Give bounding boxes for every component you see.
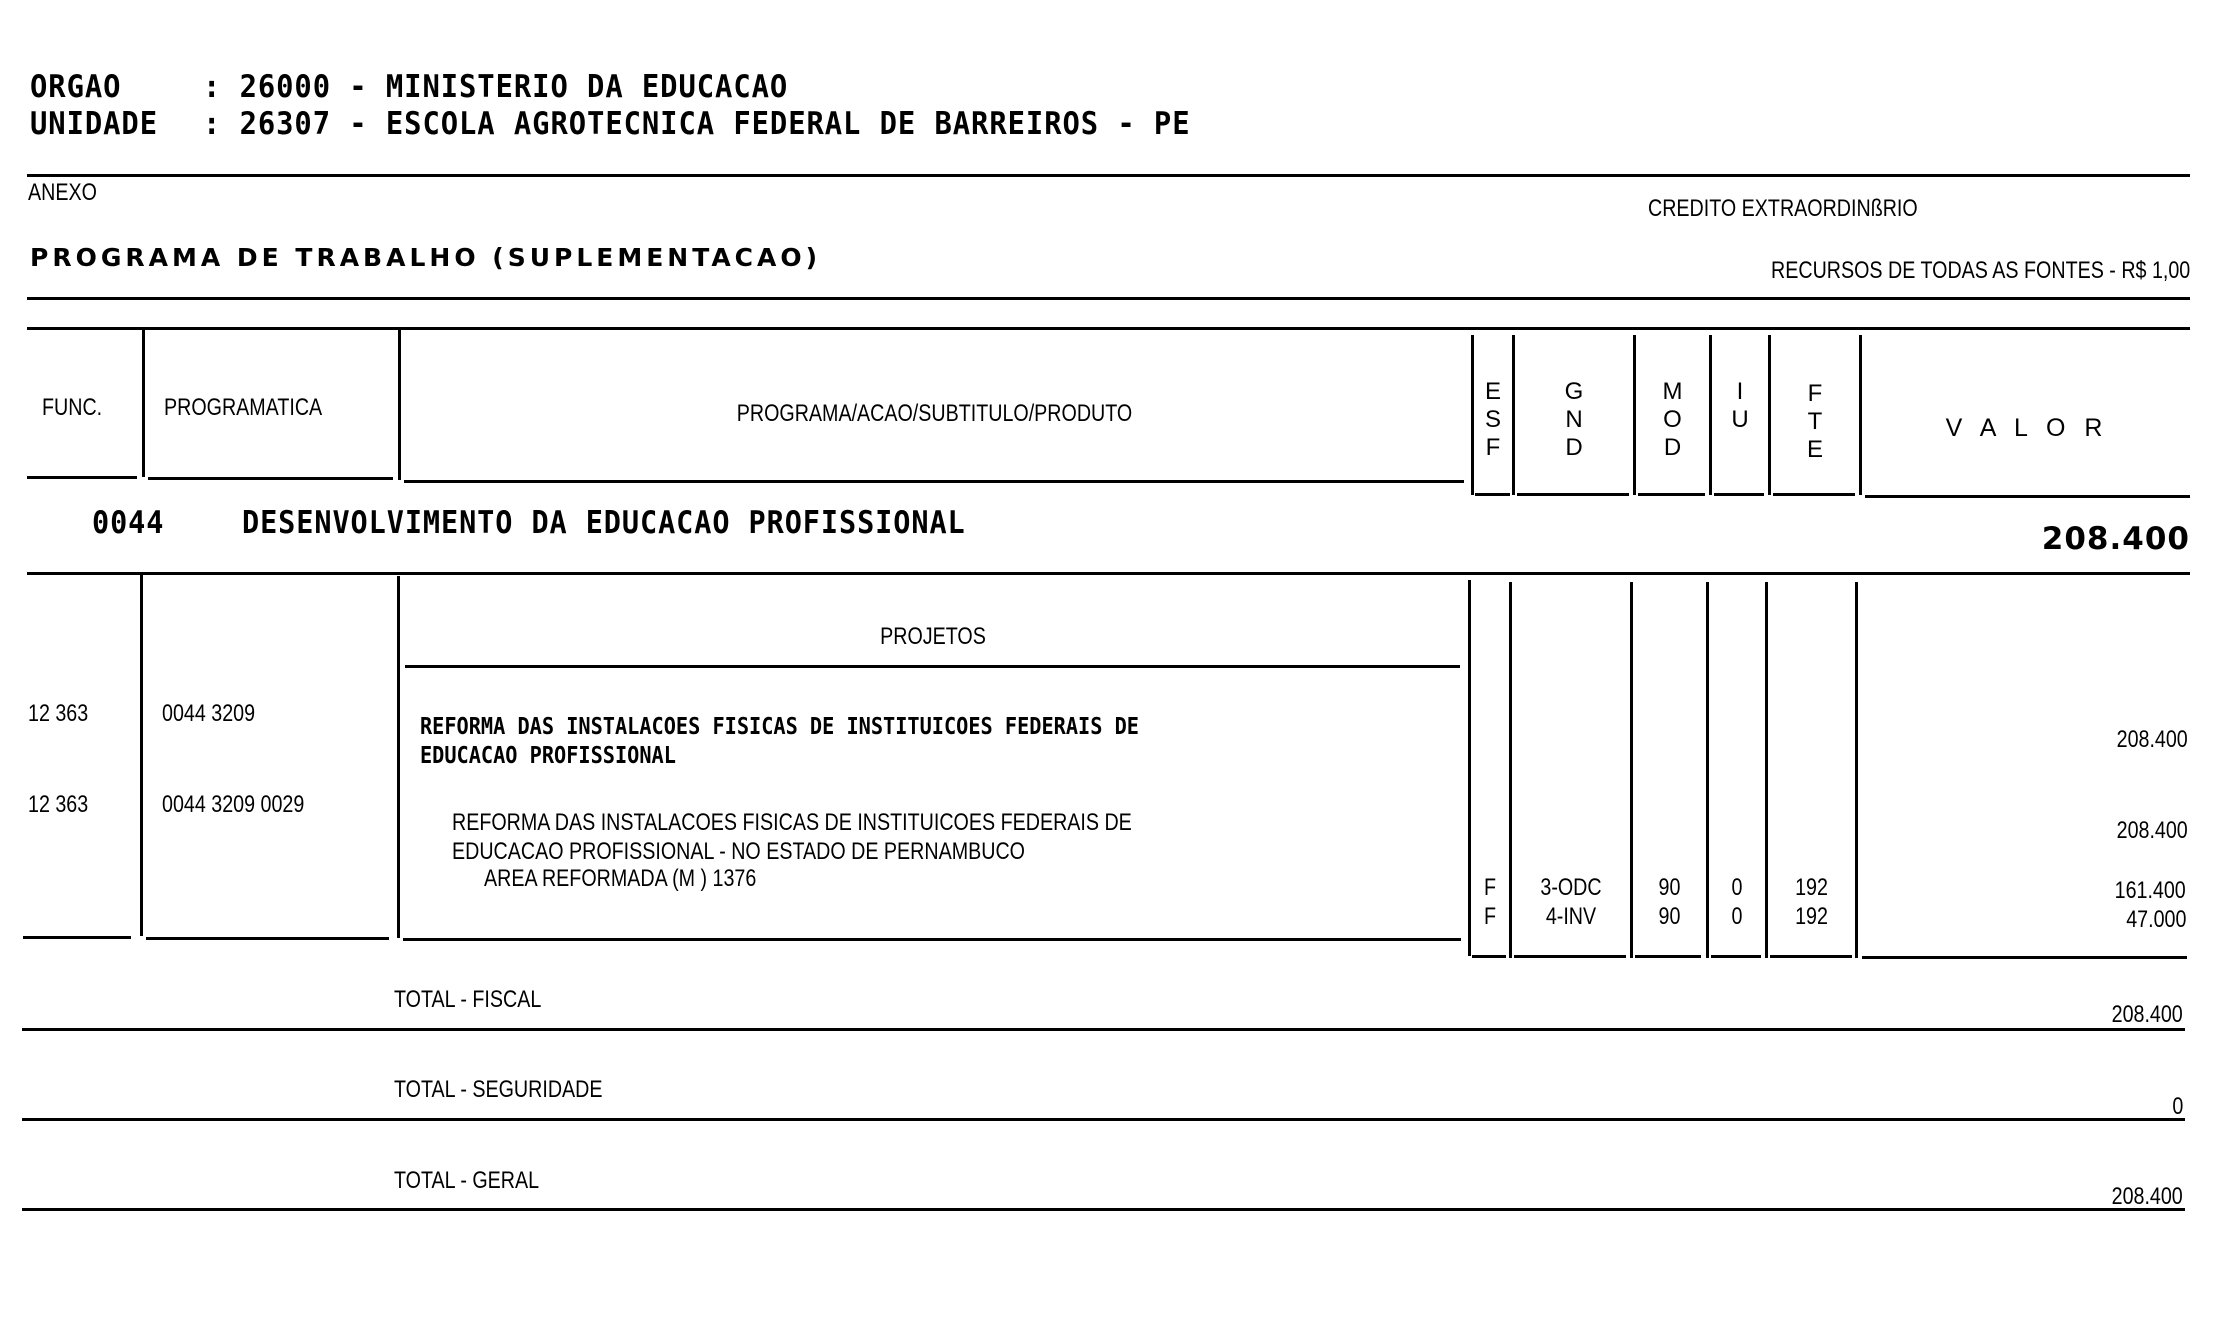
- detail-valor: 47.000: [2126, 908, 2186, 932]
- row-valor: 208.400: [2117, 728, 2188, 752]
- row-func: 12 363: [28, 793, 88, 817]
- section-underline: [405, 665, 1460, 668]
- col-divider: [1630, 582, 1633, 958]
- table-header-bottom: [1714, 493, 1764, 496]
- detail-mod: 90: [1640, 905, 1700, 929]
- orgao-label: ORGAO: [30, 72, 121, 103]
- col-divider: [1859, 335, 1862, 495]
- col-divider: [1855, 582, 1858, 958]
- orgao-value: : 26000 - MINISTERIO DA EDUCACAO: [203, 72, 788, 103]
- col-header-esf: ESF: [1474, 380, 1512, 460]
- row-programatica: 0044 3209: [162, 702, 255, 726]
- programa-name: DESENVOLVIMENTO DA EDUCACAO PROFISSIONAL: [242, 508, 966, 539]
- table-body-top: [27, 572, 2190, 575]
- col-divider: [142, 327, 145, 477]
- total-divider: [22, 1028, 2185, 1031]
- detail-gnd: 4-INV: [1523, 905, 1620, 929]
- anexo-label: ANEXO: [28, 181, 97, 205]
- table-header-bottom: [404, 480, 1464, 483]
- total-label: TOTAL - FISCAL: [394, 988, 541, 1012]
- col-header-func: FUNC.: [42, 396, 102, 420]
- table-header-top: [27, 327, 2190, 330]
- col-divider: [1468, 580, 1471, 956]
- table-header-bottom: [1517, 493, 1629, 496]
- col-divider: [140, 574, 143, 936]
- table-header-bottom: [1773, 493, 1855, 496]
- table-body-bottom: [23, 936, 131, 939]
- row-descricao-line: EDUCACAO PROFISSIONAL - NO ESTADO DE PER…: [452, 840, 1025, 864]
- col-header-fte: FTE: [1771, 382, 1859, 462]
- table-header-bottom: [148, 477, 393, 480]
- row-descricao-line: REFORMA DAS INSTALACOES FISICAS DE INSTI…: [420, 716, 1139, 739]
- total-valor: 208.400: [2112, 1185, 2183, 1209]
- table-body-bottom: [1862, 956, 2187, 959]
- total-label: TOTAL - GERAL: [394, 1169, 539, 1193]
- divider-title: [27, 297, 2190, 300]
- total-valor: 0: [2172, 1095, 2183, 1119]
- col-divider: [1509, 582, 1512, 958]
- unidade-value: : 26307 - ESCOLA AGROTECNICA FEDERAL DE …: [203, 109, 1191, 140]
- detail-fte: 192: [1776, 876, 1847, 900]
- row-func: 12 363: [28, 702, 88, 726]
- detail-mod: 90: [1640, 876, 1700, 900]
- credito-label: CREDITO EXTRAORDINßRIO: [1648, 197, 1918, 221]
- divider-top: [27, 174, 2190, 177]
- total-valor: 208.400: [2112, 1003, 2183, 1027]
- col-divider: [398, 330, 401, 480]
- detail-esf: F: [1474, 876, 1505, 900]
- detail-esf: F: [1474, 905, 1505, 929]
- total-divider: [22, 1208, 2185, 1211]
- row-produto: AREA REFORMADA (M ) 1376: [484, 867, 756, 891]
- row-descricao-line: REFORMA DAS INSTALACOES FISICAS DE INSTI…: [452, 811, 1132, 835]
- detail-valor: 161.400: [2115, 879, 2186, 903]
- unidade-label: UNIDADE: [30, 109, 158, 140]
- table-header-bottom: [1638, 493, 1705, 496]
- table-body-bottom: [146, 937, 389, 940]
- table-body-bottom: [403, 938, 1461, 941]
- detail-iu: 0: [1714, 876, 1760, 900]
- document-title: PROGRAMA DE TRABALHO (SUPLEMENTACAO): [30, 245, 821, 270]
- detail-gnd: 3-ODC: [1523, 876, 1620, 900]
- col-divider: [397, 576, 400, 938]
- table-header-bottom: [1475, 493, 1510, 496]
- recursos-label: RECURSOS DE TODAS AS FONTES - R$ 1,00: [1771, 259, 2190, 283]
- col-header-valor: V A L O R: [1862, 416, 2192, 441]
- table-header-bottom: [1865, 495, 2190, 498]
- table-body-bottom: [1514, 955, 1626, 958]
- detail-fte: 192: [1776, 905, 1847, 929]
- table-header-bottom: [27, 476, 137, 479]
- col-header-programatica: PROGRAMATICA: [164, 396, 322, 420]
- table-body-bottom: [1711, 955, 1761, 958]
- col-header-iu: IU: [1712, 380, 1768, 432]
- col-header-descricao: PROGRAMA/ACAO/SUBTITULO/PRODUTO: [495, 402, 1375, 426]
- total-label: TOTAL - SEGURIDADE: [394, 1078, 602, 1102]
- col-divider: [1706, 582, 1709, 958]
- total-divider: [22, 1118, 2185, 1121]
- table-body-bottom: [1472, 955, 1506, 958]
- programa-code: 0044: [92, 508, 164, 539]
- col-divider: [1765, 582, 1768, 958]
- row-programatica: 0044 3209 0029: [162, 793, 304, 817]
- detail-iu: 0: [1714, 905, 1760, 929]
- col-header-mod: MOD: [1636, 380, 1709, 460]
- table-body-bottom: [1635, 955, 1701, 958]
- col-header-gnd: GND: [1515, 380, 1633, 460]
- row-descricao-line: EDUCACAO PROFISSIONAL: [420, 745, 676, 768]
- row-valor: 208.400: [2117, 819, 2188, 843]
- section-label-projetos: PROJETOS: [494, 625, 1371, 649]
- table-body-bottom: [1770, 955, 1852, 958]
- programa-valor: 208.400: [2042, 524, 2190, 555]
